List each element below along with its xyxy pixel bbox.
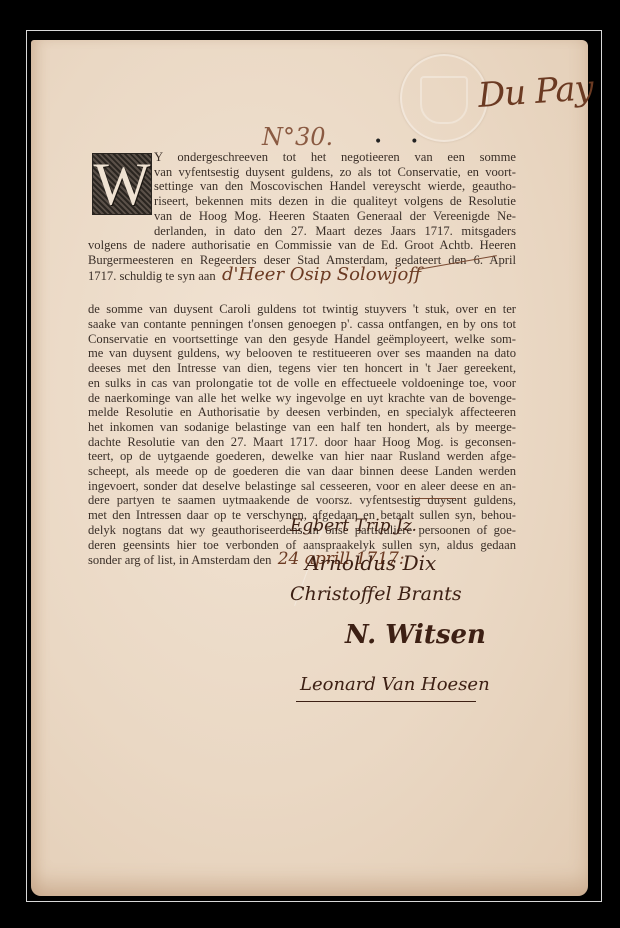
- text-line: en sulks in cas van prolongatie tot de v…: [88, 376, 516, 391]
- text-line: settinge van den Moscovischen Handel ver…: [88, 179, 516, 194]
- signature-5: Leonard Van Hoesen: [300, 674, 490, 695]
- payee-line: 1717. schuldig te syn aan d'Heer Osip So…: [88, 268, 516, 284]
- signature-underline: [296, 701, 476, 702]
- closing-line: sonder arg of list, in Amsterdam den 24 …: [88, 552, 516, 568]
- text-line: melde Resolutie en Authorisatie by deese…: [88, 405, 516, 420]
- text-line: het inkomen van sodanige belastinge van …: [88, 420, 516, 435]
- embossed-seal-icon: [400, 54, 488, 142]
- text-line: van vyfentsestig duysent guldens, zo als…: [88, 165, 516, 180]
- signature-4: N. Witsen: [345, 620, 486, 650]
- document-body: Y ondergeschreeven tot het negotieeren v…: [88, 150, 516, 568]
- text-line: de somme van duysent Caroli guldens tot …: [88, 302, 516, 317]
- flourish-line: [412, 498, 456, 499]
- text-line: volgens de nadere authorisatie en Commis…: [88, 238, 516, 253]
- payee-name: d'Heer Osip Solowjoff: [222, 264, 421, 285]
- signature-3: Christoffel Brants: [290, 583, 462, 605]
- text-line: scheept, als meede op de goederen die va…: [88, 464, 516, 479]
- text-line: van de Hoog Mog. Heeren Staaten Generaal…: [88, 209, 516, 224]
- certificate-number: N°30.: [262, 123, 333, 151]
- signature-1: Egbert Trip Jz.: [290, 516, 417, 536]
- text-line: riseert, bekennen mits dezen in die qual…: [88, 194, 516, 209]
- text-line: me van duysent guldens, wy belooven te r…: [88, 346, 516, 361]
- text-line: saake van contante penningen t'onsen gen…: [88, 317, 516, 332]
- spacer: [88, 283, 516, 302]
- text-line: Y ondergeschreeven tot het negotieeren v…: [88, 150, 516, 165]
- text-line: dere partyen te saamen uytmaakende de vo…: [88, 493, 516, 508]
- text-line: teert, op de uytgaende goederen, dewelke…: [88, 449, 516, 464]
- text-line: de naerkominge van alle het welke wy ing…: [88, 391, 516, 406]
- signature-2: Arnoldus Dix: [305, 551, 436, 575]
- text-line: dachte Resolutie van den 27. Maart 1717.…: [88, 435, 516, 450]
- text-line: Conservatie en voortsettinge van den ges…: [88, 332, 516, 347]
- text-line: deeses met den Intresse van dien, tegens…: [88, 361, 516, 376]
- text-line: derlanden, in dato den 27. Maart dezes J…: [88, 224, 516, 239]
- text-line: ingevoert, sonder dat deselve belastinge…: [88, 479, 516, 494]
- margin-signature: Du Pay: [477, 68, 594, 116]
- ornament-dots: ••: [374, 134, 447, 150]
